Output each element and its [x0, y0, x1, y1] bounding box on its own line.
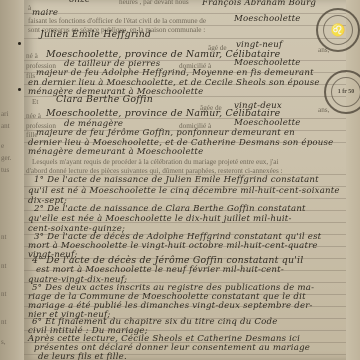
hour-handwritten: onze: [69, 0, 90, 5]
ans-printed: ans,: [318, 106, 329, 114]
heures-printed: heures , par devant nous: [119, 0, 189, 6]
left-page-margin: ari ant e ger. tus nt nt nt nt s,: [0, 0, 24, 360]
groom-parents-1: majeur de feu Adolphe Heffgrind, Moyenne…: [36, 68, 314, 78]
margin-fragment: e: [1, 142, 4, 150]
stamp-value: 1 fr 50: [338, 89, 355, 95]
binding-hole: [18, 88, 21, 91]
groom-name: Julien Emile Heffgrind: [40, 29, 151, 40]
margin-fragment: nt: [1, 290, 6, 298]
bride-domicile: Moeschoolette: [234, 118, 301, 128]
nee-a-printed: née à: [26, 112, 41, 120]
binding-hole: [18, 42, 21, 45]
margin-fragment: ari: [1, 110, 8, 118]
a-printed: à: [28, 4, 31, 12]
officer-name: François Abraham Bourg: [202, 0, 316, 8]
royal-seal-stamp: ♌: [316, 8, 360, 52]
margin-fragment: s,: [1, 338, 5, 346]
et-printed: Et: [32, 98, 38, 106]
commune-handwritten: Moeschoolette: [234, 14, 301, 24]
margin-fragment: nt: [1, 318, 6, 326]
ne-a-printed: né à: [26, 52, 38, 60]
groom-domicile: Moeschoolette: [234, 58, 301, 68]
requis-printed-2: d'abord donné lecture des pièces suivant…: [26, 167, 283, 175]
margin-fragment: ger.: [1, 154, 11, 162]
requis-printed-1: Lesquels m'ayant requis de procéder à la…: [32, 158, 278, 166]
bride-name: Clara Berthe Goffin: [56, 94, 153, 105]
fiscal-stamp: 1 fr 50: [324, 70, 360, 114]
margin-fragment: tus: [1, 166, 9, 174]
lion-emblem-icon: ♌: [331, 24, 346, 36]
margin-fragment: nt: [1, 262, 6, 270]
page-right-edge: [346, 0, 360, 360]
margin-fragment: nt: [1, 233, 6, 241]
margin-fragment: ant: [1, 122, 10, 130]
register-page: onze heures , par devant nous François A…: [24, 0, 360, 360]
fonctions-printed: faisant les fonctions d'officier de l'ét…: [28, 17, 206, 25]
bride-parents-1: majeure de feu Jérôme Goffin, ponfonneur…: [36, 128, 295, 138]
bride-parents-3: ménagère demeurant à Moeschoolette: [28, 147, 203, 157]
